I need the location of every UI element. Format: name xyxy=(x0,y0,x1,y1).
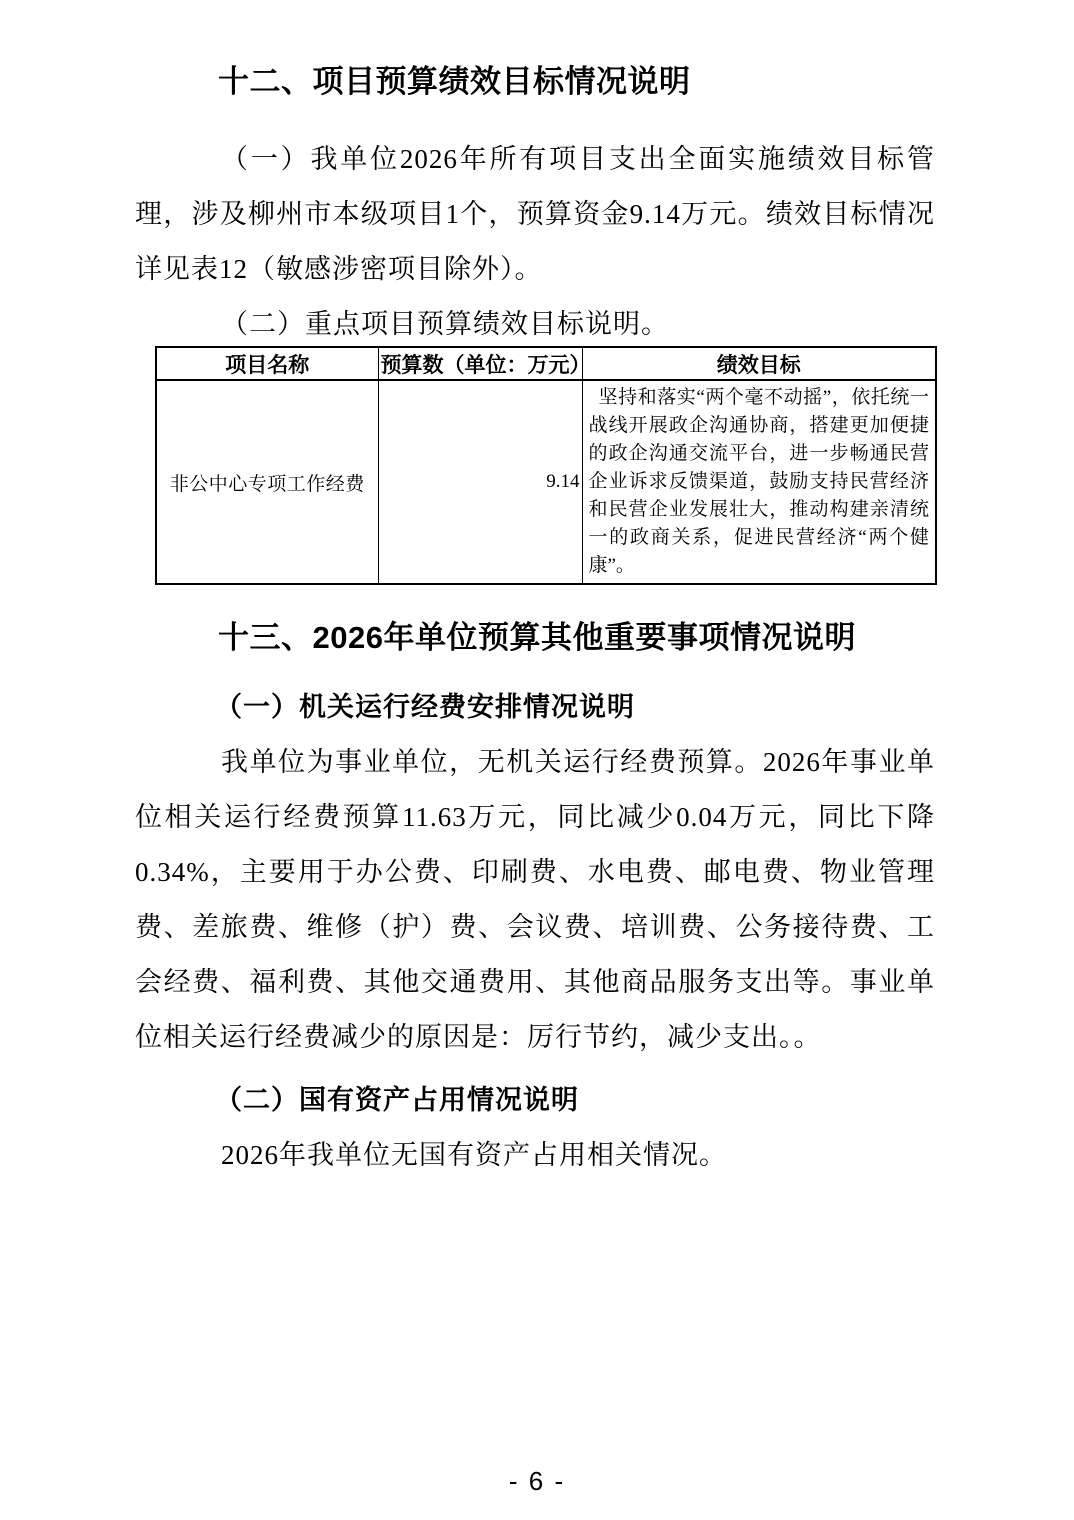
section-12-paragraph-1: （一）我单位2026年所有项目支出全面实施绩效目标管理，涉及柳州市本级项目1个，… xyxy=(135,132,935,297)
document-content: 十二、项目预算绩效目标情况说明 （一）我单位2026年所有项目支出全面实施绩效目… xyxy=(0,0,1074,1183)
page-number: - 6 - xyxy=(0,1466,1074,1497)
table-row: 非公中心专项工作经费 9.14 坚持和落实“两个毫不动摇”，依托统一战线开展政企… xyxy=(156,380,936,584)
table-header-budget-amount: 预算数（单位：万元） xyxy=(378,347,582,380)
section-13-sub1-heading: （一）机关运行经费安排情况说明 xyxy=(135,680,935,735)
section-13-sub2-heading: （二）国有资产占用情况说明 xyxy=(135,1073,935,1128)
section-13-sub2-paragraph: 2026年我单位无国有资产占用相关情况。 xyxy=(135,1128,935,1183)
section-12-heading: 十二、项目预算绩效目标情况说明 xyxy=(135,58,935,106)
section-13-sub1-paragraph: 我单位为事业单位，无机关运行经费预算。2026年事业单位相关运行经费预算11.6… xyxy=(135,735,935,1065)
cell-project-name: 非公中心专项工作经费 xyxy=(156,380,378,584)
section-13-heading: 十三、2026年单位预算其他重要事项情况说明 xyxy=(135,614,935,662)
document-page: 十二、项目预算绩效目标情况说明 （一）我单位2026年所有项目支出全面实施绩效目… xyxy=(0,0,1074,1520)
cell-performance-target: 坚持和落实“两个毫不动摇”，依托统一战线开展政企沟通协商，搭建更加便捷的政企沟通… xyxy=(582,380,936,584)
section-12-paragraph-2: （二）重点项目预算绩效目标说明。 xyxy=(135,297,935,352)
cell-budget-amount: 9.14 xyxy=(378,380,582,584)
performance-target-table: 项目名称 预算数（单位：万元） 绩效目标 非公中心专项工作经费 9.14 坚持和… xyxy=(155,346,937,585)
table-header-row: 项目名称 预算数（单位：万元） 绩效目标 xyxy=(156,347,936,380)
